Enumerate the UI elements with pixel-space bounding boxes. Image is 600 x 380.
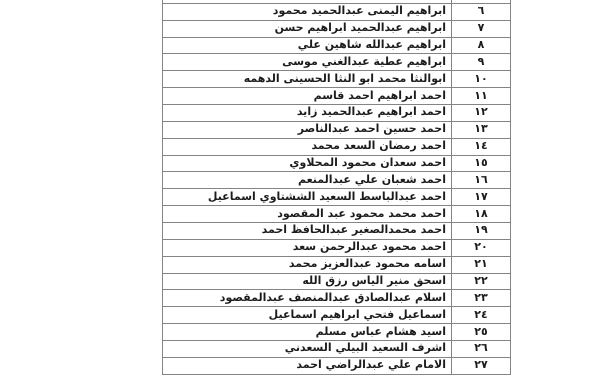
row-number-cell: ١٣: [451, 122, 510, 138]
table-row: احمد حسين احمد عبدالناصر ١٣: [163, 122, 510, 139]
row-name-cell: احمد شعبان علي عبدالمنعم: [163, 172, 451, 188]
serial-number: ٢٧: [474, 358, 487, 372]
row-name-cell: اسامه محمود عبدالعزيز محمد: [163, 257, 451, 273]
row-name-cell: اشرف السعيد البيلي السعدني: [163, 341, 451, 357]
table-row: احمد سعدان محمود المحلاوي ١٥: [163, 156, 510, 173]
person-name: ابراهيم اليمنى عبدالحميد محمود: [273, 4, 446, 18]
serial-number: ٢٣: [474, 291, 487, 305]
person-name: احمد سعدان محمود المحلاوي: [289, 156, 446, 170]
row-number-cell: ٢٦: [451, 341, 510, 357]
table-row: ابراهيم عطية عبدالغني موسى ٩: [163, 54, 510, 71]
row-name-cell: اسحق منير الياس رزق الله: [163, 274, 451, 290]
row-number-cell: ٦: [451, 4, 510, 20]
row-name-cell: احمد سعدان محمود المحلاوي: [163, 156, 451, 172]
row-number-cell: ٩: [451, 54, 510, 70]
names-roster-table: ابراهيم اليمنى عبدالحميد محمود ٦ ابراهيم…: [162, 0, 511, 375]
person-name: احمد حسين احمد عبدالناصر: [298, 122, 446, 136]
serial-number: ٢٠: [474, 240, 487, 254]
person-name: ابوالنثا محمد ابو النثا الحسينى الدهمه: [244, 72, 446, 86]
table-row: اسامه محمود عبدالعزيز محمد ٢١: [163, 257, 510, 274]
serial-number: ١٢: [474, 105, 487, 119]
person-name: اسيد هشام عباس مسلم: [316, 325, 446, 339]
table-row: الامام علي عبدالراضي احمد ٢٧: [163, 358, 510, 375]
serial-number: ١١: [474, 89, 487, 103]
table-row: ابراهيم عبدالحميد ابراهيم حسن ٧: [163, 21, 510, 38]
row-number-cell: [451, 0, 510, 3]
table-row: احمد ابراهيم عبدالحميد زايد ١٢: [163, 105, 510, 122]
row-number-cell: ١٧: [451, 189, 510, 205]
serial-number: ١٨: [474, 207, 487, 221]
serial-number: ١٩: [474, 223, 487, 237]
table-row: اسماعيل فتحي ابراهيم اسماعيل ٢٤: [163, 307, 510, 324]
row-name-cell: احمد حسين احمد عبدالناصر: [163, 122, 451, 138]
serial-number: ٢٥: [474, 325, 487, 339]
serial-number: ١٤: [474, 139, 487, 153]
table-row: ابوالنثا محمد ابو النثا الحسينى الدهمه ١…: [163, 71, 510, 88]
row-name-cell: احمد محمود عبدالرحمن سعد: [163, 240, 451, 256]
serial-number: ٢٢: [474, 274, 487, 288]
table-row: احمد عبدالباسط السعيد الششتاوي اسماعيل ١…: [163, 189, 510, 206]
row-name-cell: احمد رمضان السعد محمد: [163, 139, 451, 155]
row-name-cell: اسماعيل فتحي ابراهيم اسماعيل: [163, 307, 451, 323]
table-row: ابراهيم عبدالله شاهين علي ٨: [163, 38, 510, 55]
row-number-cell: ٢٢: [451, 274, 510, 290]
person-name: اسامه محمود عبدالعزيز محمد: [289, 257, 446, 271]
row-name-cell: ابراهيم عبدالحميد ابراهيم حسن: [163, 21, 451, 37]
person-name: احمد محمدالصغير عبدالحافظ احمد: [262, 223, 446, 237]
table-row: احمد ابراهيم احمد قاسم ١١: [163, 88, 510, 105]
serial-number: ٩: [478, 55, 485, 69]
serial-number: ١٧: [474, 190, 487, 204]
row-number-cell: ١٦: [451, 172, 510, 188]
row-number-cell: ٧: [451, 21, 510, 37]
table-row: احمد شعبان علي عبدالمنعم ١٦: [163, 172, 510, 189]
serial-number: ٢٤: [474, 308, 487, 322]
serial-number: ٢٦: [474, 341, 487, 355]
row-name-cell: الامام علي عبدالراضي احمد: [163, 358, 451, 374]
person-name: احمد عبدالباسط السعيد الششتاوي اسماعيل: [208, 190, 446, 204]
row-name-cell: اسيد هشام عباس مسلم: [163, 324, 451, 340]
table-row: اسحق منير الياس رزق الله ٢٢: [163, 274, 510, 291]
row-name-cell: احمد ابراهيم عبدالحميد زايد: [163, 105, 451, 121]
row-name-cell: احمد محمد محمود عبد المقصود: [163, 206, 451, 222]
person-name: احمد ابراهيم عبدالحميد زايد: [297, 105, 446, 119]
table-row: احمد محمود عبدالرحمن سعد ٢٠: [163, 240, 510, 257]
person-name: اشرف السعيد البيلي السعدني: [285, 341, 446, 355]
row-name-cell: احمد ابراهيم احمد قاسم: [163, 88, 451, 104]
document-page: ابراهيم اليمنى عبدالحميد محمود ٦ ابراهيم…: [0, 0, 600, 380]
row-name-cell: احمد عبدالباسط السعيد الششتاوي اسماعيل: [163, 189, 451, 205]
person-name: احمد رمضان السعد محمد: [311, 139, 446, 153]
row-number-cell: ١٢: [451, 105, 510, 121]
row-number-cell: ١١: [451, 88, 510, 104]
person-name: احمد ابراهيم احمد قاسم: [314, 89, 446, 103]
person-name: اسحق منير الياس رزق الله: [302, 274, 446, 288]
row-name-cell: ابوالنثا محمد ابو النثا الحسينى الدهمه: [163, 71, 451, 87]
row-number-cell: ٢٣: [451, 290, 510, 306]
table-row: احمد محمد محمود عبد المقصود ١٨: [163, 206, 510, 223]
person-name: ابراهيم عبدالله شاهين علي: [298, 38, 446, 52]
person-name: اسلام عبدالصادق عبدالمنصف عبدالمقصود: [220, 291, 446, 305]
serial-number: ٦: [478, 4, 485, 18]
person-name: الامام علي عبدالراضي احمد: [296, 358, 446, 372]
person-name: ابراهيم عبدالحميد ابراهيم حسن: [275, 21, 446, 35]
person-name: احمد محمد محمود عبد المقصود: [277, 207, 446, 221]
table-row: اشرف السعيد البيلي السعدني ٢٦: [163, 341, 510, 358]
serial-number: ١٦: [474, 173, 487, 187]
row-name-cell: اسلام عبدالصادق عبدالمنصف عبدالمقصود: [163, 290, 451, 306]
table-row: اسلام عبدالصادق عبدالمنصف عبدالمقصود ٢٣: [163, 290, 510, 307]
row-name-cell: ابراهيم اليمنى عبدالحميد محمود: [163, 4, 451, 20]
person-name: ابراهيم عطية عبدالغني موسى: [282, 55, 446, 69]
row-number-cell: ٢٥: [451, 324, 510, 340]
table-row: اسيد هشام عباس مسلم ٢٥: [163, 324, 510, 341]
row-name-cell: [163, 0, 451, 3]
table-row: ابراهيم اليمنى عبدالحميد محمود ٦: [163, 4, 510, 21]
table-row: احمد محمدالصغير عبدالحافظ احمد ١٩: [163, 223, 510, 240]
row-number-cell: ٢٧: [451, 358, 510, 374]
row-number-cell: ١٨: [451, 206, 510, 222]
row-number-cell: ١٠: [451, 71, 510, 87]
row-number-cell: ١٥: [451, 156, 510, 172]
row-name-cell: ابراهيم عطية عبدالغني موسى: [163, 54, 451, 70]
person-name: احمد شعبان علي عبدالمنعم: [298, 173, 446, 187]
person-name: اسماعيل فتحي ابراهيم اسماعيل: [269, 308, 446, 322]
row-name-cell: احمد محمدالصغير عبدالحافظ احمد: [163, 223, 451, 239]
serial-number: ٢١: [474, 257, 487, 271]
row-number-cell: ٨: [451, 38, 510, 54]
table-row: احمد رمضان السعد محمد ١٤: [163, 139, 510, 156]
serial-number: ١٠: [474, 72, 487, 86]
row-number-cell: ٢٠: [451, 240, 510, 256]
row-number-cell: ٢١: [451, 257, 510, 273]
serial-number: ١٥: [474, 156, 487, 170]
person-name: احمد محمود عبدالرحمن سعد: [293, 240, 446, 254]
row-number-cell: ٢٤: [451, 307, 510, 323]
serial-number: ٧: [478, 21, 485, 35]
row-number-cell: ١٤: [451, 139, 510, 155]
serial-number: ١٣: [474, 122, 487, 136]
serial-number: ٨: [478, 38, 485, 52]
row-name-cell: ابراهيم عبدالله شاهين علي: [163, 38, 451, 54]
row-number-cell: ١٩: [451, 223, 510, 239]
